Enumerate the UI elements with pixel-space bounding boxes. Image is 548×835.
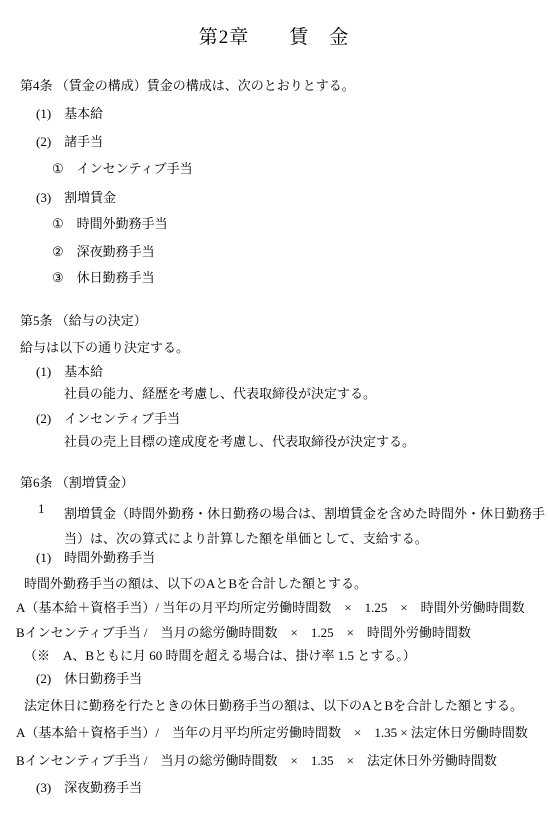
item-label: 休日勤務手当: [64, 671, 142, 686]
article5-intro: 給与は以下の通り決定する。: [20, 340, 189, 357]
article6-item-1: (1)時間外勤務手当: [36, 550, 155, 567]
article4-heading: 第4条 （賃金の構成）賃金の構成は、次のとおりとする。: [20, 78, 355, 95]
article5-item-1-desc: 社員の能力、経歴を考慮し、代表取締役が決定する。: [64, 386, 376, 403]
holiday-formula-b: Bインセンティブ手当 / 当月の総労働時間数 × 1.35 × 法定休日外労働時…: [16, 753, 497, 770]
item-label: インセンティブ手当: [64, 411, 180, 426]
item-number: (1): [36, 364, 51, 381]
article4-item-2: (2)諸手当: [36, 134, 103, 151]
article5-heading: 第5条 （給与の決定）: [20, 313, 147, 330]
item-label: 割増賃金: [64, 190, 116, 205]
item-label: 深夜勤務手当: [77, 244, 155, 259]
article5-item-2: (2)インセンティブ手当: [36, 411, 180, 428]
item-number: (3): [36, 190, 51, 207]
article4-item-3: (3)割増賃金: [36, 190, 116, 207]
item-number: ②: [52, 244, 64, 261]
item-label: 基本給: [64, 106, 103, 121]
overtime-formula-a: A（基本給＋資格手当）/ 当年の月平均所定労働時間数 × 1.25 × 時間外労…: [16, 600, 525, 617]
article4-item-3-sub-1: ①時間外勤務手当: [52, 216, 168, 233]
article6-clause-1-text: 割増賃金（時間外勤務・休日勤務の場合は、割増賃金を含めた時間外・休日勤務手当）は…: [64, 501, 548, 551]
item-number: (3): [36, 780, 51, 797]
item-label: 休日勤務手当: [77, 270, 155, 285]
article5-item-2-desc: 社員の売上目標の達成度を考慮し、代表取締役が決定する。: [64, 434, 415, 451]
item-number: (1): [36, 106, 51, 123]
article6-heading: 第6条 （割増賃金）: [20, 475, 134, 492]
item-label: 基本給: [64, 364, 103, 379]
clause-number: 1: [38, 501, 45, 517]
item-number: (2): [36, 671, 51, 688]
article6-item-2: (2)休日勤務手当: [36, 671, 142, 688]
item-number: (2): [36, 134, 51, 151]
article4-item-1: (1)基本給: [36, 106, 103, 123]
item-label: 諸手当: [64, 134, 103, 149]
item-number: (1): [36, 550, 51, 567]
item-label: 深夜勤務手当: [64, 780, 142, 795]
overtime-formula-b: Bインセンティブ手当 / 当月の総労働時間数 × 1.25 × 時間外労働時間数: [16, 625, 471, 642]
chapter-title: 第2章 賃 金: [0, 22, 548, 49]
item-number: ①: [52, 216, 64, 233]
article5-item-1: (1)基本給: [36, 364, 103, 381]
item-number: ③: [52, 270, 64, 287]
overtime-intro: 時間外勤務手当の額は、以下のAとBを合計した額とする。: [24, 576, 367, 593]
article6-item-3: (3)深夜勤務手当: [36, 780, 142, 797]
item-label: インセンティブ手当: [77, 161, 193, 176]
article4-item-3-sub-3: ③休日勤務手当: [52, 270, 155, 287]
article4-item-3-sub-2: ②深夜勤務手当: [52, 244, 155, 261]
document-page: 第2章 賃 金 第4条 （賃金の構成）賃金の構成は、次のとおりとする。 (1)基…: [0, 0, 548, 835]
item-label: 時間外勤務手当: [77, 216, 168, 231]
article4-item-2-sub-1: ①インセンティブ手当: [52, 161, 193, 178]
item-label: 時間外勤務手当: [64, 550, 155, 565]
overtime-note: （※ A、Bともに月 60 時間を超える場合は、掛け率 1.5 とする。）: [24, 648, 416, 665]
item-number: ①: [52, 161, 64, 178]
item-number: (2): [36, 411, 51, 428]
holiday-intro: 法定休日に勤務を行たときの休日勤務手当の額は、以下のAとBを合計した額とする。: [24, 698, 523, 715]
holiday-formula-a: A（基本給＋資格手当）/ 当年の月平均所定労働時間数 × 1.35 × 法定休日…: [16, 725, 528, 742]
